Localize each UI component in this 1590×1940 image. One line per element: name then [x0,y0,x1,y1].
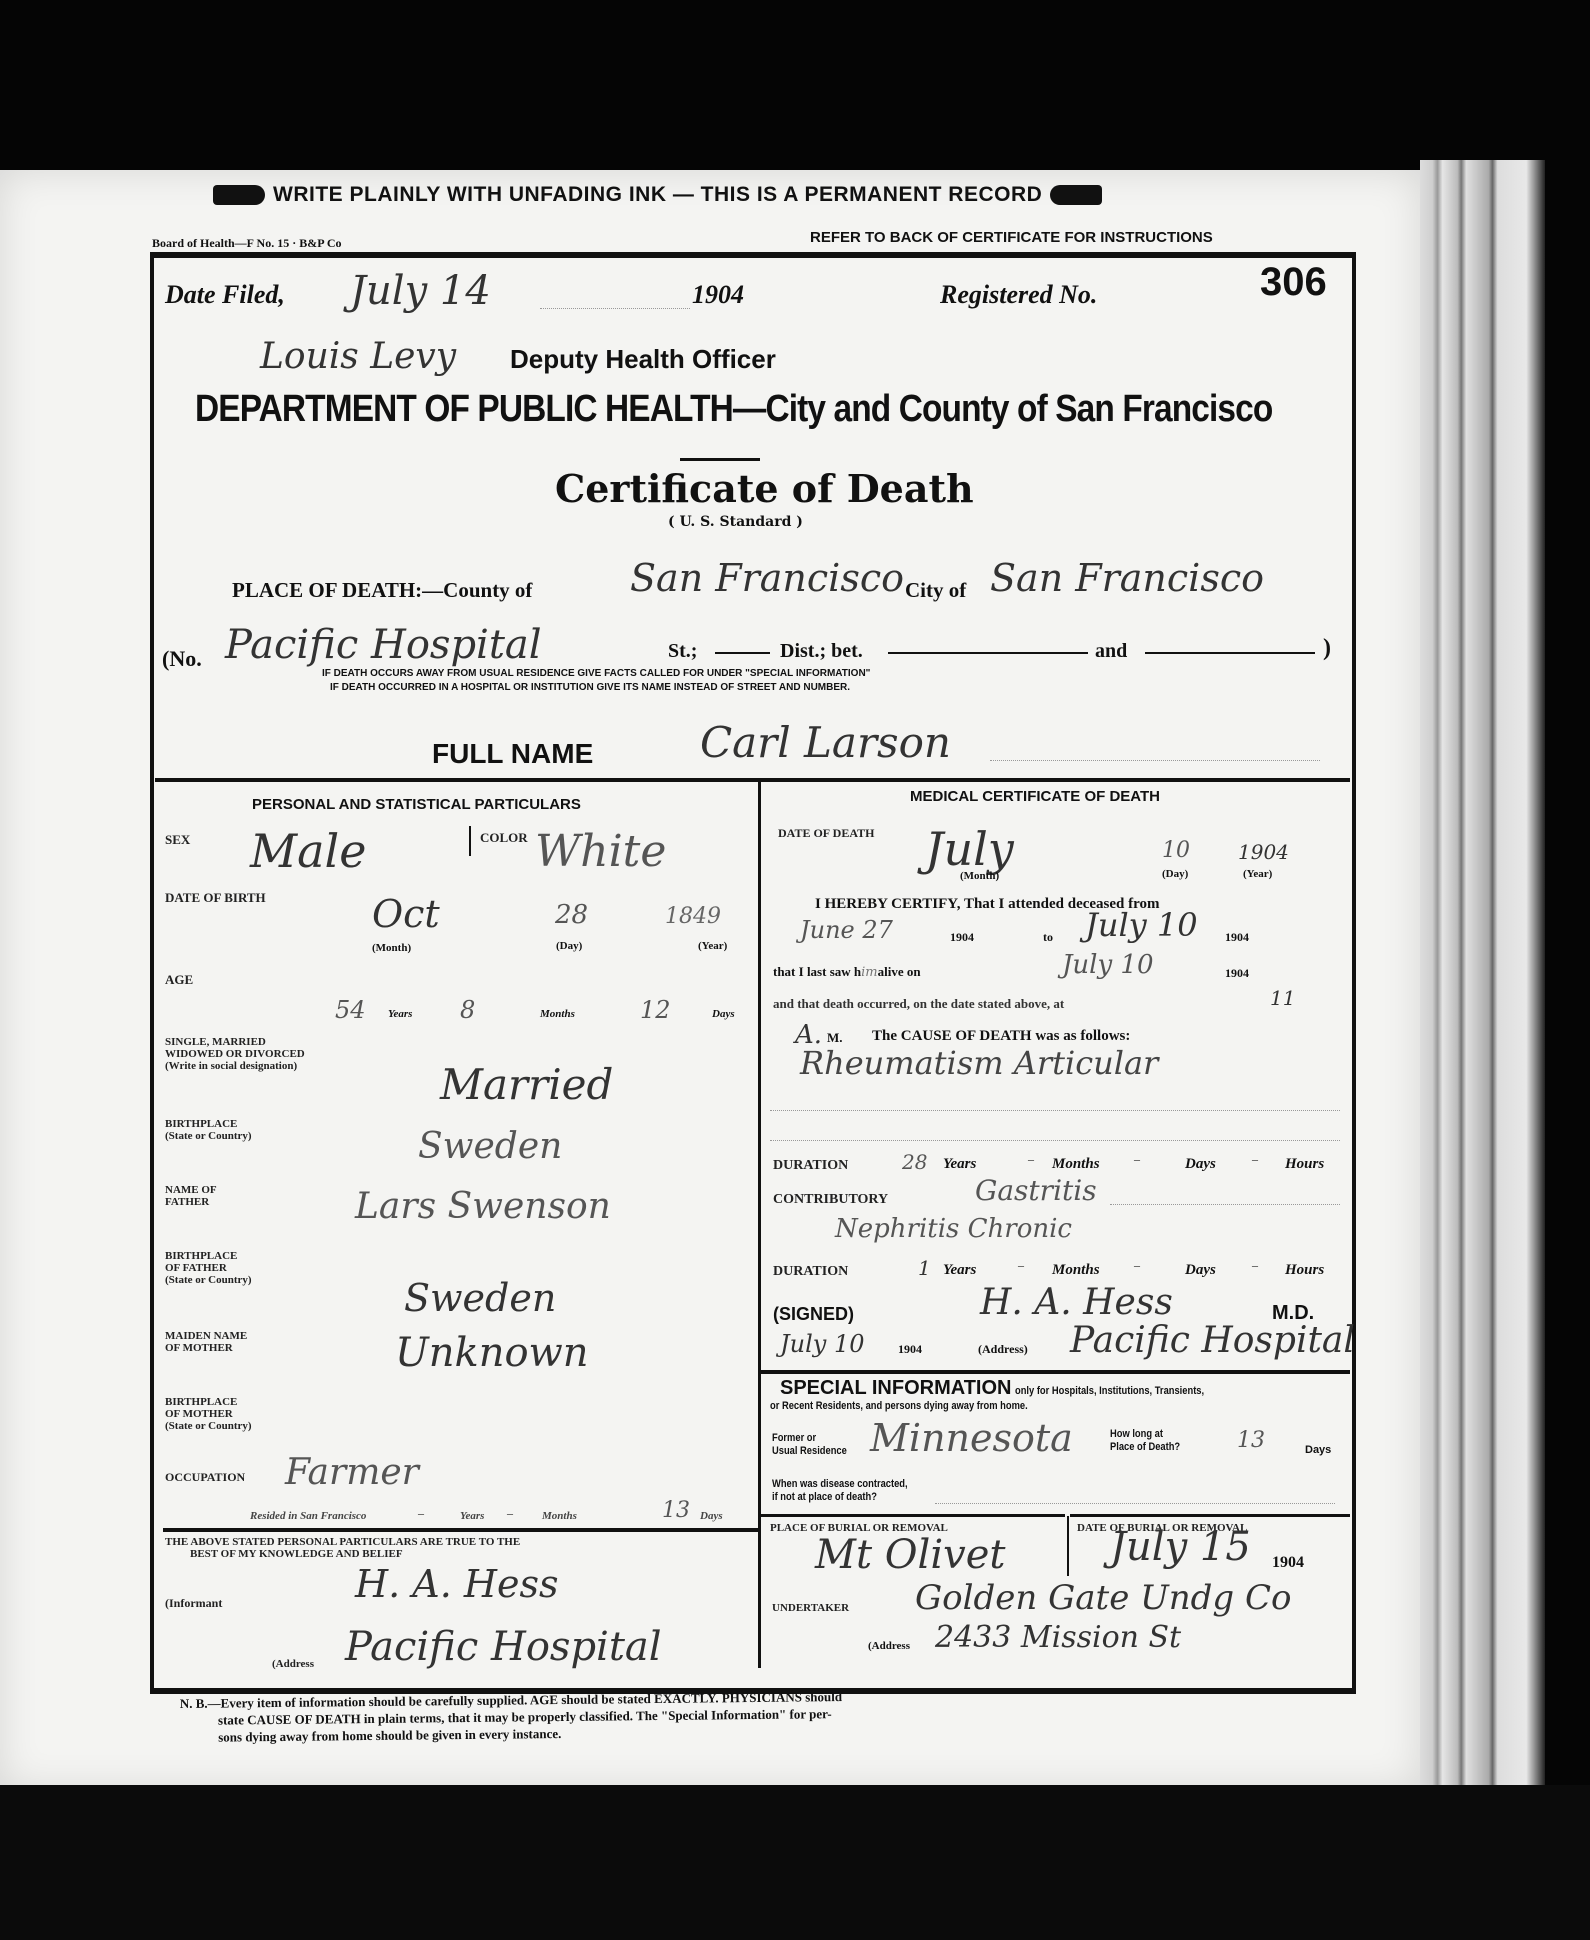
undertaker-address-label: (Address [868,1640,910,1652]
duration-months-label: Months [1052,1156,1100,1173]
mother-birthplace-label-line-1: BIRTHPLACE [165,1396,252,1408]
city-label: City of [905,578,966,603]
duration-days-label: Days [1185,1156,1216,1173]
district-label: Dist.; bet. [780,640,863,663]
time-of-death: 11 [1270,986,1295,1010]
registered-number: 306 [1260,260,1327,305]
dob-month: Oct [372,892,440,936]
resided-years-label: Years [460,1510,484,1522]
birthplace-label: BIRTHPLACE (State or Country) [165,1118,252,1142]
attended-to-year: 1904 [1225,930,1249,945]
cause-of-death: Rheumatism Articular [800,1044,1158,1082]
registered-label: Registered No. [940,280,1097,310]
pointing-hand-icon [213,185,265,205]
scan-background [0,1785,1590,1940]
father-value: Lars Swenson [355,1186,611,1227]
informant-address-value: Pacific Hospital [345,1624,662,1670]
alive-on-text: alive on [878,964,921,979]
undertaker-address-value: 2433 Mission St [935,1620,1181,1655]
burial-year: 1904 [1272,1554,1304,1572]
physician-address: Pacific Hospital [1070,1320,1355,1361]
personal-heading: PERSONAL AND STATISTICAL PARTICULARS [252,796,581,813]
occupation-label: OCCUPATION [165,1470,245,1485]
duration-2-days-label: Days [1185,1262,1216,1279]
duration-2-days: – [1134,1258,1140,1273]
marital-label-line-2: WIDOWED OR DIVORCED [165,1048,305,1060]
duration-2-hours-label: Hours [1285,1262,1324,1279]
duration-hours-label: Hours [1285,1156,1324,1173]
contributory-cause-1: Gastritis [975,1174,1097,1207]
footer-note: N. B.—Every item of information should b… [180,1688,843,1746]
certificate-title: Certificate of Death [555,466,974,511]
place-note-line-1: IF DEATH OCCURS AWAY FROM USUAL RESIDENC… [322,668,870,679]
mother-birthplace-label-line-3: (State or Country) [165,1420,252,1432]
last-saw-label: that I last saw himalive on [773,964,921,980]
contracted-label-line-2: if not at place of death? [772,1491,908,1504]
special-info-title: SPECIAL INFORMATION [780,1377,1011,1399]
attestation-line-1: THE ABOVE STATED PERSONAL PARTICULARS AR… [165,1536,520,1548]
birthplace-label-line-1: BIRTHPLACE [165,1118,252,1130]
how-long-label: How long at Place of Death? [1110,1428,1180,1454]
residence-label-line-1: Former or [772,1432,847,1445]
to-label: to [1043,930,1053,945]
undertaker-label: UNDERTAKER [772,1602,849,1614]
informant-address-label: (Address [272,1658,314,1670]
signed-label: (SIGNED) [773,1304,854,1325]
age-years-label: Years [388,1008,412,1020]
mother-value: Unknown [395,1330,589,1376]
year-caption: (Year) [698,940,727,952]
father-birthplace-label-line-3: (State or Country) [165,1274,252,1286]
age-years: 54 [335,996,366,1024]
pointing-hand-icon [1050,185,1102,205]
father-birthplace-label-line-2: OF FATHER [165,1262,252,1274]
attestation-line-2: BEST OF MY KNOWLEDGE AND BELIEF [165,1548,520,1560]
special-info-heading: SPECIAL INFORMATION only for Hospitals, … [780,1377,1238,1400]
informant-value: H. A. Hess [355,1562,559,1606]
month-caption: (Month) [372,942,411,954]
marital-label: SINGLE, MARRIED WIDOWED OR DIVORCED (Wri… [165,1036,305,1072]
certificate-subtitle: ( U. S. Standard ) [668,514,803,530]
undertaker-value: Golden Gate Undg Co [915,1578,1292,1618]
date-filed-label: Date Filed, [165,280,285,310]
marital-label-line-3: (Write in social designation) [165,1060,305,1072]
duration-2-hours: – [1252,1258,1258,1273]
day-caption: (Day) [556,940,582,952]
marital-label-line-1: SINGLE, MARRIED [165,1036,305,1048]
banner-text: WRITE PLAINLY WITH UNFADING INK — THIS I… [273,183,1042,206]
attended-to: July 10 [1085,906,1198,944]
mother-birthplace-label-line-2: OF MOTHER [165,1408,252,1420]
age-days: 12 [640,996,671,1024]
mother-label-line-1: MAIDEN NAME [165,1330,247,1342]
sex-value: Male [250,824,366,878]
dob-label: DATE OF BIRTH [165,890,266,906]
contracted-label-line-1: When was disease contracted, [772,1478,908,1491]
age-days-label: Days [712,1008,735,1020]
dob-day: 28 [555,900,588,930]
mother-birthplace-label: BIRTHPLACE OF MOTHER (State or Country) [165,1396,252,1432]
how-long-unit: Days [1305,1444,1331,1456]
how-long-value: 13 [1237,1428,1265,1453]
department-title: DEPARTMENT OF PUBLIC HEALTH—City and Cou… [195,388,1272,431]
father-birthplace-label: BIRTHPLACE OF FATHER (State or Country) [165,1250,252,1286]
burial-place-value: Mt Olivet [815,1532,1005,1578]
place-of-death-label: PLACE OF DEATH:—County of [232,578,532,603]
duration-days: – [1134,1152,1140,1167]
place-note-line-2: IF DEATH OCCURRED IN A HOSPITAL OR INSTI… [330,682,850,693]
date-of-death-month: July [925,822,1014,876]
informant-label: (Informant [165,1596,222,1611]
contributory-cause-2: Nephritis Chronic [835,1214,1072,1244]
burial-date-value: July 15 [1110,1524,1251,1570]
father-birthplace-value: Sweden [404,1276,556,1320]
age-label: AGE [165,972,193,988]
dod-day-caption: (Day) [1162,868,1188,880]
ink-banner: WRITE PLAINLY WITH UNFADING INK — THIS I… [205,183,1305,207]
duration-2-years-label: Years [943,1262,976,1279]
color-value: White [535,826,666,877]
resided-months: – [507,1506,513,1521]
duration-hours: – [1252,1152,1258,1167]
color-label: COLOR [480,830,528,846]
father-label-line-1: NAME OF [165,1184,217,1196]
father-birthplace-label-line-1: BIRTHPLACE [165,1250,252,1262]
age-months: 8 [460,996,475,1024]
last-saw-date: July 10 [1062,950,1154,980]
closing-paren: ) [1323,635,1331,662]
residence-label: Former or Usual Residence [772,1432,847,1458]
duration-2-label: DURATION [773,1264,848,1280]
birthplace-value: Sweden [418,1126,562,1167]
resided-days: 13 [662,1498,690,1523]
duration-years: 28 [902,1150,927,1174]
age-months-label: Months [540,1008,575,1020]
occupation-value: Farmer [285,1452,419,1493]
date-of-death-day: 10 [1162,838,1190,863]
date-filed-year: 1904 [692,280,744,310]
contributory-label: CONTRIBUTORY [773,1192,888,1208]
contracted-label: When was disease contracted, if not at p… [772,1478,908,1504]
and-label: and [1095,640,1127,663]
how-long-label-line-2: Place of Death? [1110,1441,1180,1454]
birthplace-label-line-2: (State or Country) [165,1130,252,1142]
last-saw-pronoun: im [861,965,878,980]
full-name-label: FULL NAME [432,738,593,770]
resided-days-label: Days [700,1510,723,1522]
number-label: (No. [162,646,202,672]
full-name-value: Carl Larson [700,718,951,767]
date-filed-value: July 14 [350,268,491,314]
attended-from: June 27 [800,916,893,944]
medical-heading: MEDICAL CERTIFICATE OF DEATH [910,788,1160,805]
hospital-name-value: Pacific Hospital [225,622,542,668]
duration-years-label: Years [943,1156,976,1173]
duration-2-months-label: Months [1052,1262,1100,1279]
dod-year-caption: (Year) [1243,868,1272,880]
officer-title: Deputy Health Officer [510,344,776,375]
sex-label: SEX [165,832,190,848]
duration-label: DURATION [773,1158,848,1174]
residence-value: Minnesota [870,1416,1073,1460]
mother-label: MAIDEN NAME OF MOTHER [165,1330,247,1354]
date-of-death-label: DATE OF DEATH [778,826,874,841]
date-of-death-year: 1904 [1238,840,1289,864]
mother-label-line-2: OF MOTHER [165,1342,247,1354]
death-occurred-text: and that death occurred, on the date sta… [773,996,1064,1012]
physician-signature: H. A. Hess [980,1282,1173,1323]
signed-date: July 10 [780,1330,864,1358]
last-saw-year: 1904 [1225,966,1249,981]
duration-2-years: 1 [918,1256,931,1280]
city-value: San Francisco [990,556,1264,600]
attestation: THE ABOVE STATED PERSONAL PARTICULARS AR… [165,1536,520,1560]
residence-label-line-2: Usual Residence [772,1445,847,1458]
dob-year: 1849 [665,904,721,929]
duration-months: – [1028,1152,1034,1167]
duration-2-months: – [1018,1258,1024,1273]
special-info-note-2: or Recent Residents, and persons dying a… [770,1400,1028,1412]
physician-address-label: (Address) [978,1342,1028,1357]
resided-months-label: Months [542,1510,577,1522]
cause-label: The CAUSE OF DEATH was as follows: [872,1028,1130,1045]
book-page-edges [1420,160,1545,1800]
signed-year: 1904 [898,1342,922,1357]
resided-label: Resided in San Francisco [250,1510,366,1522]
father-label: NAME OF FATHER [165,1184,217,1208]
how-long-label-line-1: How long at [1110,1428,1180,1441]
dod-month-caption: (Month) [960,870,999,882]
father-label-line-2: FATHER [165,1196,217,1208]
refer-note: REFER TO BACK OF CERTIFICATE FOR INSTRUC… [810,229,1213,246]
last-saw-text: that I last saw h [773,964,861,979]
marital-value: Married [440,1060,613,1109]
street-label: St.; [668,640,697,663]
form-number: Board of Health—F No. 15 · B&P Co [152,236,342,251]
officer-signature: Louis Levy [260,336,456,377]
county-value: San Francisco [630,556,904,600]
attended-from-year: 1904 [950,930,974,945]
special-info-note: only for Hospitals, Institutions, Transi… [1015,1385,1204,1397]
resided-years: – [418,1506,424,1521]
